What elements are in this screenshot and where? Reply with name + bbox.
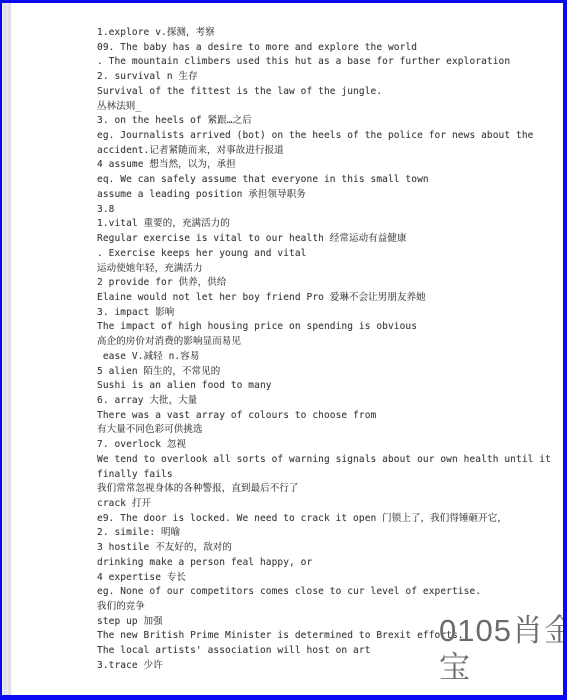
text-line: 运动使她年轻，充满活力: [97, 262, 552, 277]
text-line: Survival of the fittest is the law of th…: [97, 85, 552, 100]
text-line: 3 hostile 不友好的，敌对的: [97, 541, 552, 556]
text-line: 1.vital 重要的，充满活力的: [97, 217, 552, 232]
watermark: 0105肖金 宝: [439, 612, 565, 686]
text-line: 4 expertise 专长: [97, 571, 552, 586]
text-line: eg. None of our competitors comes close …: [97, 585, 552, 600]
text-line: 2. simile: 明喻: [97, 526, 552, 541]
text-line: e9. The door is locked. We need to crack…: [97, 512, 552, 527]
text-line: ease V.减轻 n.容易: [97, 350, 552, 365]
text-line: 4 assume 想当然，以为，承担: [97, 158, 552, 173]
text-line: drinking make a person feal happy, or: [97, 556, 552, 571]
text-line: Elaine would not let her boy friend Pro …: [97, 291, 552, 306]
text-line: eg. Journalists arrived (bot) on the hee…: [97, 129, 552, 144]
text-line: 丛林法则_: [97, 100, 552, 115]
text-line: accident.记者紧随而来，对事故进行报道: [97, 144, 552, 159]
watermark-line-1: 0105肖金: [439, 612, 565, 649]
text-line: 2 provide for 供养，供给: [97, 276, 552, 291]
text-line: . The mountain climbers used this hut as…: [97, 55, 552, 70]
text-line: 2. survival n 生存: [97, 70, 552, 85]
text-line: Sushi is an alien food to many: [97, 379, 552, 394]
watermark-line-2: 宝: [439, 649, 565, 686]
text-line: 1.explore v.探测，考察: [97, 26, 552, 41]
text-line: We tend to overlook all sorts of warning…: [97, 453, 552, 468]
text-line: There was a vast array of colours to cho…: [97, 409, 552, 424]
text-line: assume a leading position 承担领导职务: [97, 188, 552, 203]
text-line: finally fails: [97, 468, 552, 483]
text-line: 3.8: [97, 203, 552, 218]
scan-edge-shadow: [2, 3, 12, 695]
text-line: crack 打开: [97, 497, 552, 512]
text-line: 高企的房价对消费的影响显而易见: [97, 335, 552, 350]
text-line: 7. overlock 忽视: [97, 438, 552, 453]
text-line: 3. on the heels of 紧跟…之后: [97, 114, 552, 129]
notes-text-block: 1.explore v.探测，考察09. The baby has a desi…: [97, 26, 552, 674]
scanned-page: 1.explore v.探测，考察09. The baby has a desi…: [0, 0, 567, 700]
text-line: 6. array 大批，大量: [97, 394, 552, 409]
text-line: 5 alien 陌生的，不常见的: [97, 365, 552, 380]
text-line: 我们常常忽视身体的各种警报，直到最后不行了: [97, 482, 552, 497]
text-line: 3. impact 影响: [97, 306, 552, 321]
text-line: eq. We can safely assume that everyone i…: [97, 173, 552, 188]
text-line: The impact of high housing price on spen…: [97, 320, 552, 335]
text-line: . Exercise keeps her young and vital: [97, 247, 552, 262]
text-line: 09. The baby has a desire to more and ex…: [97, 41, 552, 56]
text-line: Regular exercise is vital to our health …: [97, 232, 552, 247]
text-line: 有大量不同色彩可供挑选: [97, 423, 552, 438]
